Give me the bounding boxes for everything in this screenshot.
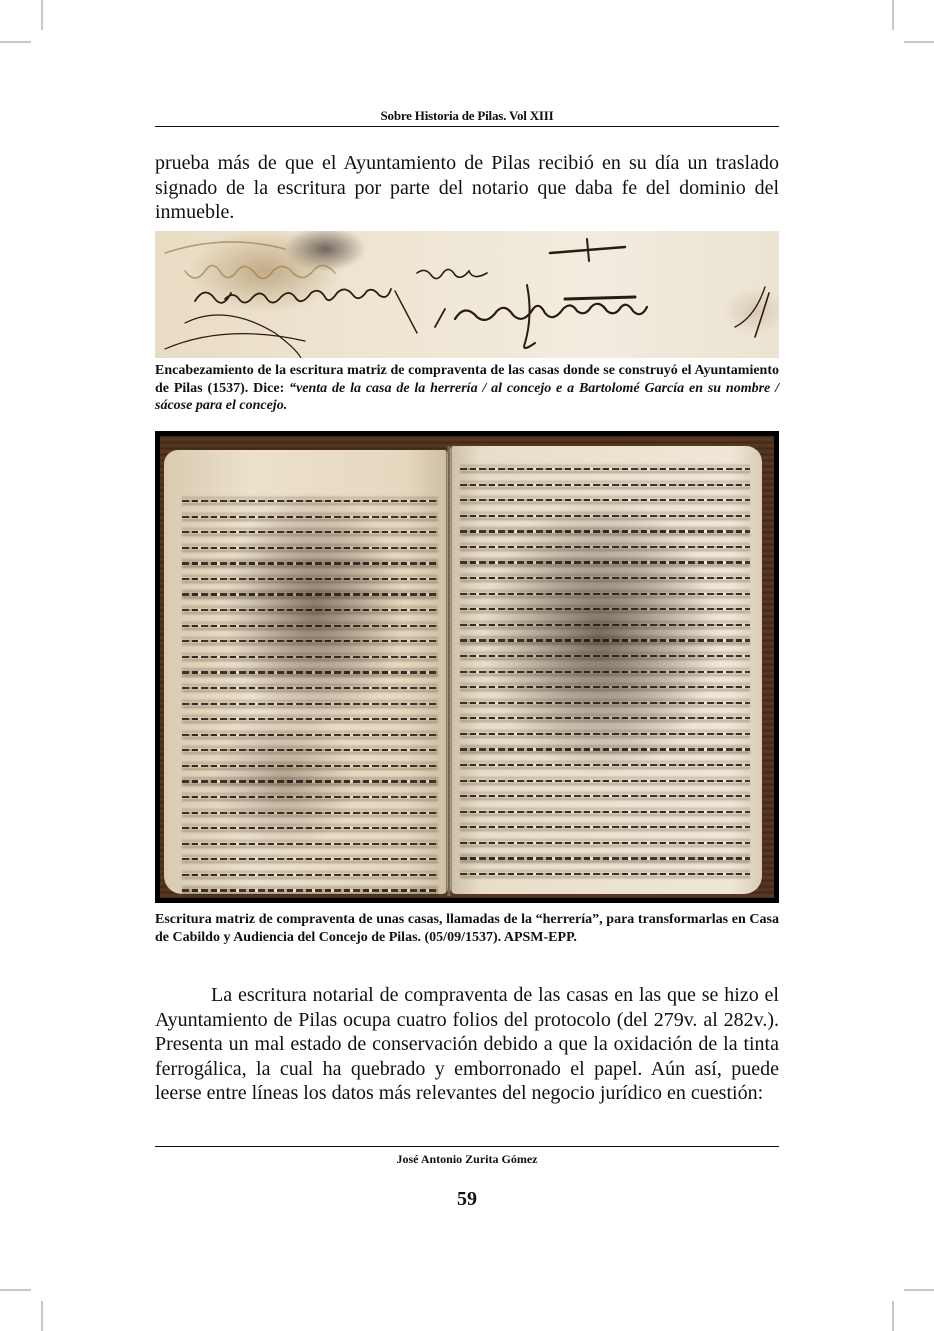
paragraph-text: prueba más de que el Ayuntamiento de Pil… — [155, 151, 779, 225]
crop-mark-bottom-left-vertical — [41, 1301, 43, 1331]
running-header: Sobre Historia de Pilas. Vol XIII — [155, 108, 779, 124]
handwriting-strokes — [155, 231, 779, 358]
book-right-folio — [450, 446, 762, 894]
crop-mark-bottom-left-horizontal — [0, 1289, 31, 1291]
crop-mark-bottom-right-horizontal — [904, 1289, 934, 1291]
continuation-paragraph: prueba más de que el Ayuntamiento de Pil… — [155, 151, 779, 225]
main-paragraph: La escritura notarial de compraventa de … — [155, 983, 779, 1106]
figure-1-caption: Encabezamiento de la escritura matriz de… — [155, 362, 779, 415]
manuscript-lines — [182, 500, 438, 903]
header-rule — [155, 126, 779, 127]
footer-rule — [155, 1146, 779, 1147]
crop-mark-top-right-horizontal — [904, 41, 934, 43]
book-spine — [446, 446, 452, 896]
figure-protocol-book-image — [155, 431, 779, 903]
crop-mark-top-right-vertical — [892, 0, 894, 30]
paragraph-text: La escritura notarial de compraventa de … — [155, 983, 779, 1106]
crop-mark-top-left-horizontal — [0, 41, 31, 43]
footer-author: José Antonio Zurita Gómez — [155, 1152, 779, 1167]
figure-deed-heading-image — [155, 231, 779, 358]
figure-2-caption: Escritura matriz de compraventa de unas … — [155, 911, 779, 946]
caption-text: Escritura matriz de compraventa de unas … — [155, 912, 779, 945]
crop-mark-bottom-right-vertical — [892, 1301, 894, 1331]
crop-mark-top-left-vertical — [41, 0, 43, 30]
book-left-folio — [164, 450, 448, 894]
page-number: 59 — [155, 1188, 779, 1211]
manuscript-lines — [460, 468, 750, 889]
